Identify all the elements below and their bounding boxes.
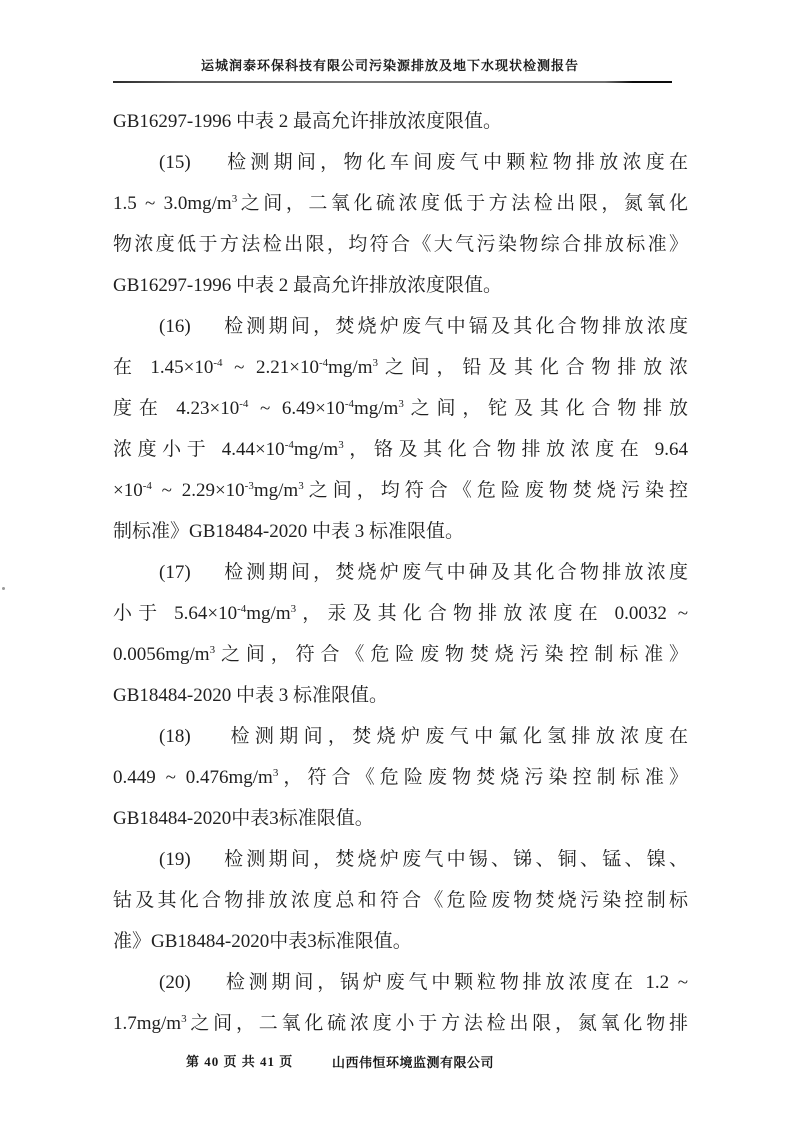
paragraph-item-18: (18) 检测期间，焚烧炉废气中氟化氢排放浓度在0.449 ~ 0.476mg/… <box>113 716 688 839</box>
paragraph-line: ×10-4 ~ 2.29×10-3mg/m3之间，均符合《危险废物焚烧污染控 <box>113 470 688 511</box>
paragraph-line: GB18484-2020中表3标准限值。 <box>113 798 688 839</box>
paragraph-line: (19) 检测期间，焚烧炉废气中锡、锑、铜、锰、镍、 <box>113 839 688 880</box>
paragraph-line: GB18484-2020 中表 3 标准限值。 <box>113 675 688 716</box>
paragraph-item-17: (17) 检测期间，焚烧炉废气中砷及其化合物排放浓度小于 5.64×10-4mg… <box>113 552 688 716</box>
paragraph-line: 浓度小于 4.44×10-4mg/m3，铬及其化合物排放浓度在 9.64 <box>113 429 688 470</box>
paragraph-line: 制标准》GB18484-2020 中表 3 标准限值。 <box>113 511 688 552</box>
header-rule <box>113 81 672 83</box>
paragraph-line: 在 1.45×10-4 ~ 2.21×10-4mg/m3之间，铅及其化合物排放浓 <box>113 347 688 388</box>
scan-artifact-dot <box>2 587 5 590</box>
paragraph-line: 0.449 ~ 0.476mg/m3，符合《危险废物焚烧污染控制标准》 <box>113 757 688 798</box>
paragraph-item-19: (19) 检测期间，焚烧炉废气中锡、锑、铜、锰、镍、钴及其化合物排放浓度总和符合… <box>113 839 688 962</box>
document-body: GB16297-1996 中表 2 最高允许排放浓度限值。(15) 检测期间，物… <box>113 101 688 1044</box>
paragraph-line: (17) 检测期间，焚烧炉废气中砷及其化合物排放浓度 <box>113 552 688 593</box>
paragraph-item-16: (16) 检测期间，焚烧炉废气中镉及其化合物排放浓度在 1.45×10-4 ~ … <box>113 306 688 552</box>
paragraph-item-20: (20) 检测期间，锅炉废气中颗粒物排放浓度在 1.2 ~1.7mg/m3之间，… <box>113 962 688 1044</box>
paragraph-line: 钴及其化合物排放浓度总和符合《危险废物焚烧污染控制标 <box>113 880 688 921</box>
paragraph-line: 0.0056mg/m3之间，符合《危险废物焚烧污染控制标准》 <box>113 634 688 675</box>
footer-page-number: 第 40 页 共 41 页 <box>186 1051 293 1070</box>
paragraph-line: GB16297-1996 中表 2 最高允许排放浓度限值。 <box>113 265 688 306</box>
paragraph-line: (18) 检测期间，焚烧炉废气中氟化氢排放浓度在 <box>113 716 688 757</box>
paragraph-line: 度在 4.23×10-4 ~ 6.49×10-4mg/m3之间，铊及其化合物排放 <box>113 388 688 429</box>
paragraph-line: 物浓度低于方法检出限，均符合《大气污染物综合排放标准》 <box>113 224 688 265</box>
paragraph-line: (20) 检测期间，锅炉废气中颗粒物排放浓度在 1.2 ~ <box>113 962 688 1003</box>
paragraph-line: 小于 5.64×10-4mg/m3，汞及其化合物排放浓度在 0.0032 ~ <box>113 593 688 634</box>
paragraph-item-15: (15) 检测期间，物化车间废气中颗粒物排放浓度在1.5 ~ 3.0mg/m3之… <box>113 142 688 306</box>
paragraph-line: 准》GB18484-2020中表3标准限值。 <box>113 921 688 962</box>
paragraph-line: 1.5 ~ 3.0mg/m3之间，二氧化硫浓度低于方法检出限，氮氧化 <box>113 183 688 224</box>
page-header-title: 运城润泰环保科技有限公司污染源排放及地下水现状检测报告 <box>0 55 780 74</box>
paragraph-line: (15) 检测期间，物化车间废气中颗粒物排放浓度在 <box>113 142 688 183</box>
footer-company: 山西伟恒环境监测有限公司 <box>332 1052 494 1071</box>
paragraph-line: 1.7mg/m3之间，二氧化硫浓度小于方法检出限，氮氧化物排 <box>113 1003 688 1044</box>
report-page: 运城润泰环保科技有限公司污染源排放及地下水现状检测报告 GB16297-1996… <box>0 0 800 1134</box>
paragraph-line: (16) 检测期间，焚烧炉废气中镉及其化合物排放浓度 <box>113 306 688 347</box>
paragraph-item-14-continued: GB16297-1996 中表 2 最高允许排放浓度限值。 <box>113 101 688 142</box>
paragraph-line: GB16297-1996 中表 2 最高允许排放浓度限值。 <box>113 101 688 142</box>
